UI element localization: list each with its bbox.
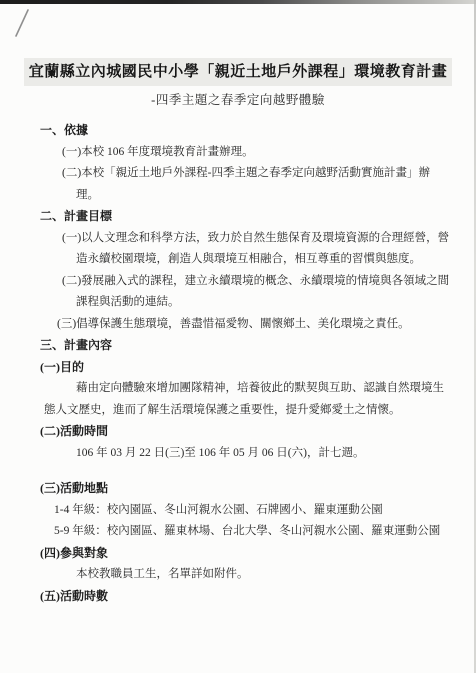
location-grades-5-9: 5-9 年級：校內園區、羅東林場、台北大學、冬山河親水公園、羅東運動公園: [54, 521, 476, 543]
section2-item1-line2: 造永續校園環境，創造人與環境互相融合，相互尊重的習慣與態度。: [76, 249, 476, 271]
scanned-document-page: 宜蘭縣立內城國民中小學「親近土地戶外課程」環境教育計畫 -四季主題之春季定向越野…: [0, 0, 476, 673]
section1-item2-line2: 理。: [76, 185, 476, 207]
purpose-line2: 態人文歷史，進而了解生活環境保護之重要性，提升愛鄉愛土之情懷。: [44, 400, 476, 422]
section2-item1-line1: (一)以人文理念和科學方法，致力於自然生態保育及環境資源的合理經營，營: [62, 228, 476, 250]
document-title-row: 宜蘭縣立內城國民中小學「親近土地戶外課程」環境教育計畫: [0, 58, 476, 86]
document-subtitle: -四季主題之春季定向越野體驗: [0, 90, 476, 110]
section2-item2-line1: (二)發展融入式的課程，建立永續環境的概念、永續環境的情境與各領域之間: [62, 271, 476, 293]
scan-edge-artifact-top: [0, 0, 476, 4]
section1-item2-line1: (二)本校「親近土地戶外課程-四季主題之春季定向越野活動實施計畫」辦: [62, 163, 476, 185]
section2-heading: 二、計畫目標: [40, 206, 476, 228]
section2-item2-line2: 課程與活動的連結。: [76, 292, 476, 314]
document-title: 宜蘭縣立內城國民中小學「親近土地戶外課程」環境教育計畫: [24, 58, 453, 86]
section2-item3: (三)倡導保護生態環境，善盡惜福愛物、關懷鄉土、美化環境之責任。: [57, 314, 476, 336]
pen-slash-mark: [13, 8, 33, 38]
section3-heading: 三、計畫內容: [40, 335, 476, 357]
document-body: 宜蘭縣立內城國民中小學「親近土地戶外課程」環境教育計畫 -四季主題之春季定向越野…: [0, 58, 476, 607]
participants-heading: (四)參與對象: [40, 543, 476, 565]
section1-heading: 一、依據: [40, 120, 476, 142]
purpose-line1: 藉由定向體驗來增加團隊精神，培養彼此的默契與互助、認識自然環境生: [76, 378, 476, 400]
participants-value: 本校教職員工生，名單詳如附件。: [76, 564, 476, 586]
location-grades-1-4: 1-4 年級：校內園區、冬山河親水公園、石牌國小、羅東運動公園: [54, 500, 476, 522]
activity-hours-heading: (五)活動時數: [40, 586, 476, 608]
activity-location-heading: (三)活動地點: [40, 478, 476, 500]
activity-time-heading: (二)活動時間: [40, 421, 476, 443]
activity-time-value: 106 年 03 月 22 日(三)至 106 年 05 月 06 日(六)，計…: [76, 443, 476, 465]
section1-item1: (一)本校 106 年度環境教育計畫辦理。: [62, 142, 476, 164]
purpose-heading: (一)目的: [40, 357, 476, 379]
